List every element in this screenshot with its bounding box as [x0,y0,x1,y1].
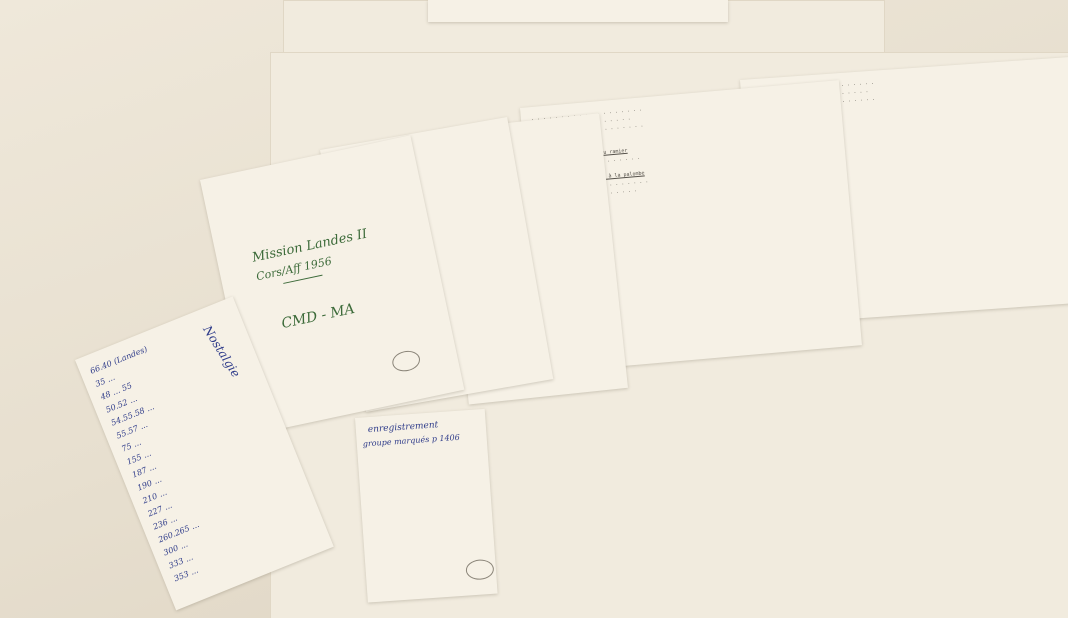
booklet-top [428,0,728,22]
slip-line-2: groupe marqués p 1406 [363,433,461,449]
margin-note: Nostalgie [200,323,243,380]
handwritten-slip: enregistrement groupe marqués p 1406 [355,409,498,603]
slip-line-1: enregistrement [368,420,439,435]
cover-code: CMD - MA [280,301,356,332]
archive-stamp [390,348,422,373]
archive-stamp [465,559,494,581]
